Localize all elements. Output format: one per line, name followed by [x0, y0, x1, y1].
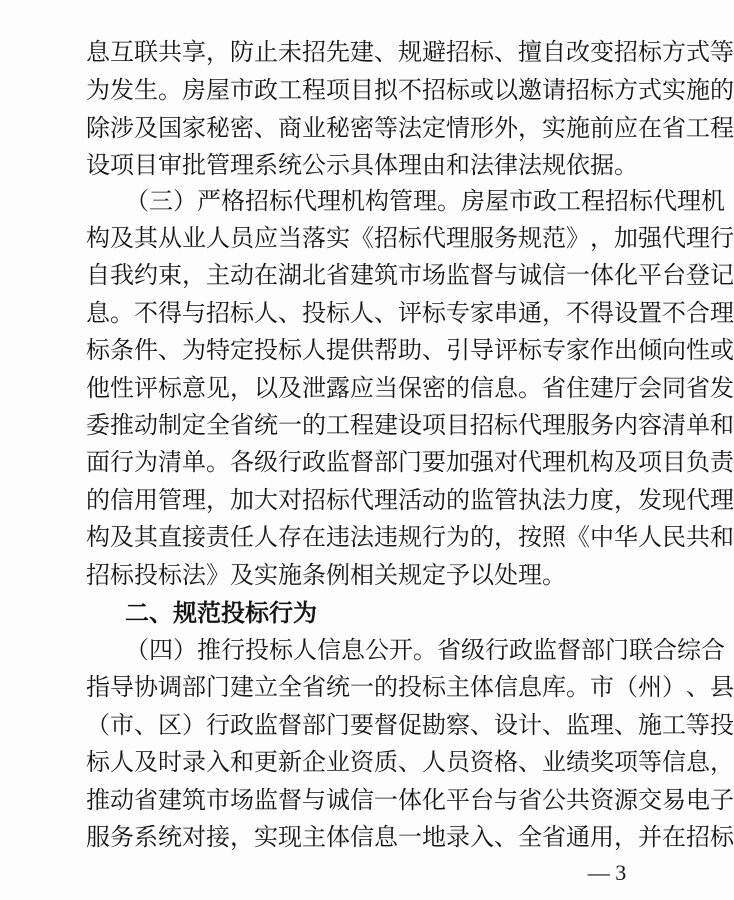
text-line: 指导协调部门建立全省统一的投标主体信息库。市（州）、县 — [86, 668, 637, 706]
text-line: 推动省建筑市场监督与诚信一体化平台与省公共资源交易电子 — [86, 781, 637, 819]
section-4-lead: （四）推行投标人信息公开。省级行政监督部门联合综合 — [125, 631, 637, 669]
text-line: 面行为清单。各级行政监督部门要加强对代理机构及项目负责人 — [86, 443, 637, 481]
text-line: 委推动制定全省统一的工程建设项目招标代理服务内容清单和负 — [86, 406, 637, 444]
text-line: 设项目审批管理系统公示具体理由和法律法规依据。 — [86, 146, 637, 184]
text-line: 构及其从业人员应当落实《招标代理服务规范》，加强代理行为 — [86, 219, 637, 257]
text-line: （市、区）行政监督部门要督促勘察、设计、监理、施工等投 — [86, 706, 637, 744]
text-line: 除涉及国家秘密、商业秘密等法定情形外，实施前应在省工程建 — [86, 109, 637, 147]
text-line: 服务系统对接，实现主体信息一地录入、全省通用，并在招标 — [86, 818, 637, 856]
section-3-lead: （三）严格招标代理机构管理。房屋市政工程招标代理机 — [125, 182, 637, 220]
text-line: 他性评标意见，以及泄露应当保密的信息。省住建厅会同省发改 — [86, 369, 637, 407]
text-line: 息。不得与招标人、投标人、评标专家串通，不得设置不合理投 — [86, 294, 637, 332]
text-line: 自我约束，主动在湖北省建筑市场监督与诚信一体化平台登记信 — [86, 256, 637, 294]
page-number: — 3 — — [576, 858, 638, 888]
text-line: 标条件、为特定投标人提供帮助、引导评标专家作出倾向性或排 — [86, 331, 637, 369]
text-line: 标人及时录入和更新企业资质、人员资格、业绩奖项等信息， — [86, 743, 637, 781]
text-line: 的信用管理，加大对招标代理活动的监管执法力度，发现代理机 — [86, 481, 637, 519]
document-page: 息互联共享，防止未招先建、规避招标、擅自改变招标方式等行 为发生。房屋市政工程项… — [0, 0, 734, 900]
text-line: 构及其直接责任人存在违法违规行为的，按照《中华人民共和国 — [86, 518, 637, 556]
section-heading: 二、规范投标行为 — [125, 594, 637, 632]
text-line: 招标投标法》及实施条例相关规定予以处理。 — [86, 556, 637, 594]
text-line: 息互联共享，防止未招先建、规避招标、擅自改变招标方式等行 — [86, 33, 637, 71]
text-line: 为发生。房屋市政工程项目拟不招标或以邀请招标方式实施的， — [86, 71, 637, 109]
